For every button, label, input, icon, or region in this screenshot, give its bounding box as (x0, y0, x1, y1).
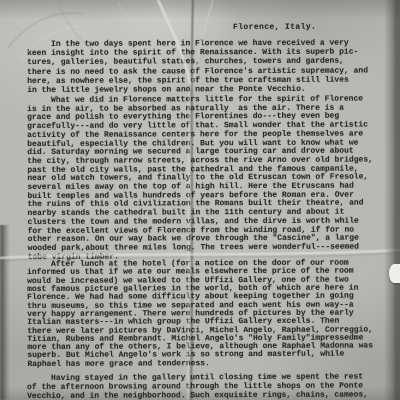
paragraph-intro: In the two days spent here in Florence w… (27, 39, 368, 96)
paper-tear-notch (389, 264, 400, 283)
paper-edge-shadow-right (384, 0, 400, 400)
paragraph-ponte-vecchio: Having stayed in the gallery until closi… (27, 374, 368, 400)
paragraph-city-tour: What we did in Florence matters little f… (27, 95, 373, 262)
paper-edge-shadow-left (0, 225, 10, 400)
document-heading: Florence, Italy. (233, 23, 316, 32)
paragraph-uffizi-gallery: After lunch at the hotel (for a notice o… (27, 259, 373, 369)
paper-edge-shadow-top (0, 0, 400, 20)
letter-photo: Florence, Italy. In the two days spent h… (0, 0, 400, 400)
